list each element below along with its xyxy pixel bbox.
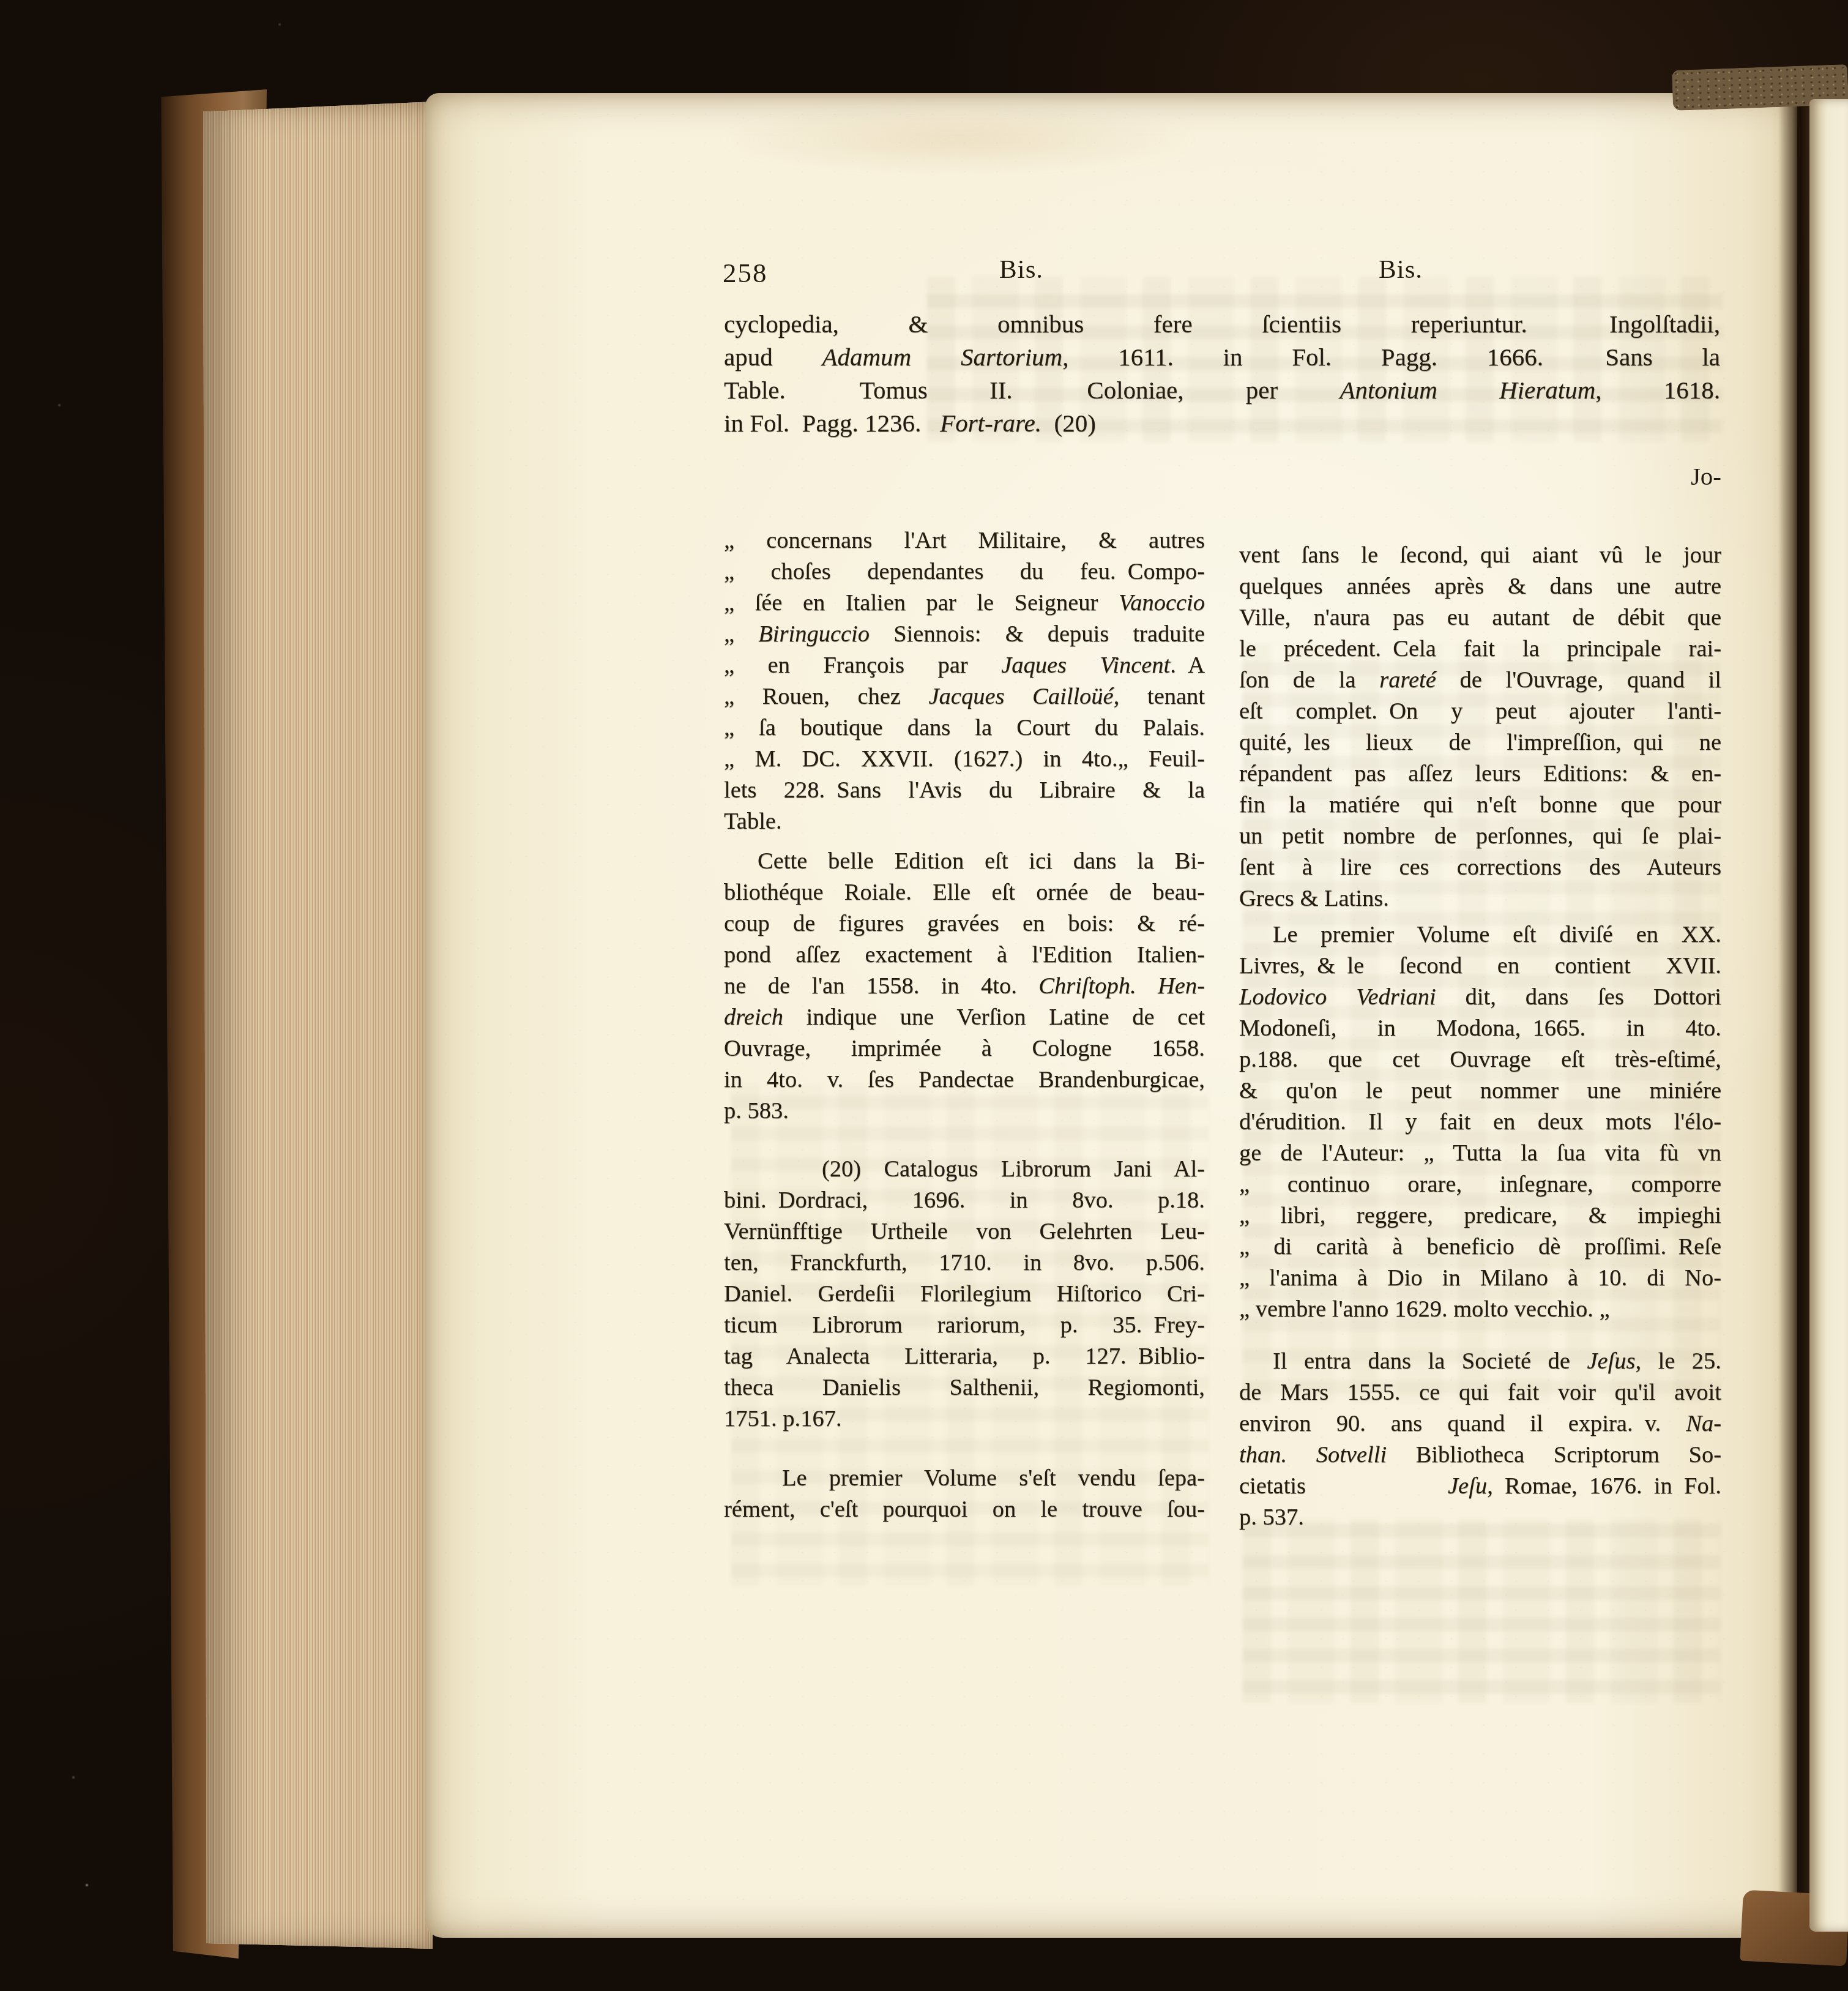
text-run: „ M. DC. XXVII. (1627.) in 4to.„ Feuil-: [724, 746, 1205, 772]
text-line: ten, Franckfurth, 1710. in 8vo. p.506.: [724, 1247, 1205, 1279]
text-run: Le premier Volume eſt diviſé en XX.: [1273, 922, 1721, 947]
text-run: Daniel. Gerdeſii Florilegium Hiſtorico C…: [724, 1281, 1205, 1307]
page-block-fore-edge: [203, 102, 434, 1949]
text-run: . A: [1170, 652, 1205, 678]
text-run: Ouvrage, imprimée à Cologne 1658.: [724, 1036, 1205, 1061]
text-run: d'érudition. Il y fait en deux mots l'él…: [1239, 1109, 1721, 1135]
text-line: quité, les lieux de l'impreſſion, qui ne: [1239, 727, 1721, 758]
text-line: „ l'anima à Dio in Milano à 10. di No-: [1239, 1263, 1721, 1294]
text-run: theca Danielis Salthenii, Regiomonti,: [724, 1375, 1205, 1400]
paragraph: cyclopedia, & omnibus fere ſcientiis rep…: [724, 307, 1720, 439]
text-column-left: „ concernans l'Art Militaire, & autres„ …: [724, 525, 1205, 1525]
text-line: p.188. que cet Ouvrage eſt très-eſtimé,: [1239, 1044, 1721, 1075]
text-run: „ continuo orare, inſegnare, comporre: [1239, 1171, 1721, 1197]
text-run: cyclopedia, & omnibus fere ſcientiis rep…: [724, 310, 1720, 338]
text-run: eſt complet. On y peut ajouter l'anti-: [1239, 698, 1721, 724]
text-run: tag Analecta Litteraria, p. 127. Biblio-: [724, 1343, 1205, 1369]
text-run: , le 25.: [1635, 1348, 1721, 1374]
text-run-italic: Vanoccio: [1119, 590, 1205, 616]
text-line: 1751. p.167.: [724, 1403, 1205, 1435]
text-line: Livres, & le ſecond en contient XVII.: [1239, 951, 1721, 982]
text-line: ſent à lire ces corrections des Auteurs: [1239, 852, 1721, 883]
text-run-italic: Jaques Vincent: [1001, 652, 1170, 678]
text-line: (20) Catalogus Librorum Jani Al-: [724, 1154, 1205, 1185]
text-run: & qu'on le peut nommer une miniére: [1239, 1078, 1721, 1104]
text-line: répandent pas aſſez leurs Editions: & en…: [1239, 758, 1721, 790]
text-line: „ concernans l'Art Militaire, & autres: [724, 525, 1205, 556]
text-run: „ choſes dependantes du feu. Compo-: [724, 559, 1205, 585]
text-line: cietatis Jeſu, Romae, 1676. in Fol.: [1239, 1471, 1721, 1502]
text-run: p.188. que cet Ouvrage eſt très-eſtimé,: [1239, 1047, 1721, 1072]
text-run: „ en François par: [724, 652, 1001, 678]
paragraph: Le premier Volume s'eſt vendu ſepa-rémen…: [724, 1463, 1205, 1525]
text-run: „ vembre l'anno 1629. molto vecchio. „: [1239, 1296, 1610, 1322]
text-run: „ libri, reggere, predicare, & impieghi: [1239, 1203, 1721, 1228]
text-run: ne de l'an 1558. in 4to.: [724, 973, 1038, 999]
text-line: bini. Dordraci, 1696. in 8vo. p.18.: [724, 1185, 1205, 1216]
text-line: „ ſa boutique dans la Court du Palais.: [724, 712, 1205, 744]
text-run-italic: dreich: [724, 1004, 783, 1030]
text-line: „ en François par Jaques Vincent. A: [724, 650, 1205, 681]
text-line: ne de l'an 1558. in 4to. Chriſtoph. Hen-: [724, 971, 1205, 1002]
text-line: Ville, n'aura pas eu autant de débit que: [1239, 602, 1721, 633]
text-run: , Romae, 1676. in Fol.: [1487, 1473, 1721, 1499]
text-run: p. 583.: [724, 1098, 789, 1124]
text-run: in 4to. v. ſes Pandectae Brandenburgicae…: [724, 1067, 1205, 1093]
text-run: bini. Dordraci, 1696. in 8vo. p.18.: [724, 1187, 1205, 1213]
text-run: ſent à lire ces corrections des Auteurs: [1239, 854, 1721, 880]
text-line: in Fol. Pagg. 1236. Fort-rare. (20): [724, 406, 1720, 439]
text-run: Table. Tomus II. Coloniae, per: [724, 376, 1339, 404]
text-line: ge de l'Auteur: „ Tutta la ſua vita fù v…: [1239, 1138, 1721, 1169]
text-run-italic: Chriſtoph. Hen-: [1038, 973, 1205, 999]
gutter-shadow: [1778, 92, 1814, 1938]
text-line: rément, c'eſt pourquoi on le trouve ſou-: [724, 1494, 1205, 1525]
text-run: lets 228. Sans l'Avis du Libraire & la: [724, 777, 1205, 803]
text-line: d'érudition. Il y fait en deux mots l'él…: [1239, 1107, 1721, 1138]
text-run: ſon de la: [1239, 667, 1379, 693]
text-line: dreich indique une Verſion Latine de cet: [724, 1002, 1205, 1033]
text-line: Table.: [724, 806, 1205, 837]
text-run: „ l'anima à Dio in Milano à 10. di No-: [1239, 1265, 1721, 1291]
text-line: apud Adamum Sartorium, 1611. in Fol. Pag…: [724, 340, 1720, 373]
text-line: „ ſée en Italien par le Seigneur Vanocci…: [724, 588, 1205, 619]
paragraph: (20) Catalogus Librorum Jani Al-bini. Do…: [724, 1154, 1205, 1435]
text-run: environ 90. ans quand il expira. v.: [1239, 1411, 1686, 1436]
paragraph: vent ſans le ſecond, qui aiant vû le jou…: [1239, 540, 1721, 914]
text-run: un petit nombre de perſonnes, qui ſe pla…: [1239, 823, 1721, 849]
text-line: fin la matiére qui n'eſt bonne que pour: [1239, 790, 1721, 821]
photo-background: 258 Bis. Bis. cyclopedia, & omnibus fere…: [0, 0, 1848, 1991]
catchword: Jo-: [1563, 461, 1721, 491]
running-head-left: Bis.: [999, 255, 1043, 285]
text-line: & qu'on le peut nommer une miniére: [1239, 1075, 1721, 1107]
text-run: „ di carità à beneficio dè proſſimi. Reſ…: [1239, 1234, 1721, 1260]
text-run-italic: Jacques Cailloüé: [929, 684, 1114, 709]
text-run: apud: [724, 343, 822, 371]
text-line: „ continuo orare, inſegnare, comporre: [1239, 1169, 1721, 1200]
text-line: coup de figures gravées en bois: & ré-: [724, 908, 1205, 939]
text-line: Il entra dans la Societé de Jeſus, le 25…: [1239, 1346, 1721, 1377]
text-run: Ville, n'aura pas eu autant de débit que: [1239, 605, 1721, 630]
text-run: dit, dans ſes Dottori: [1436, 984, 1721, 1010]
intro-paragraph: cyclopedia, & omnibus fere ſcientiis rep…: [724, 307, 1720, 439]
text-run: bliothéque Roiale. Elle eſt ornée de bea…: [724, 880, 1205, 905]
text-run: Bibliotheca Scriptorum So-: [1387, 1442, 1721, 1468]
text-run: vent ſans le ſecond, qui aiant vû le jou…: [1239, 542, 1721, 568]
text-run-italic: rareté: [1379, 667, 1436, 693]
text-line: vent ſans le ſecond, qui aiant vû le jou…: [1239, 540, 1721, 571]
text-line: Table. Tomus II. Coloniae, per Antonium …: [724, 373, 1720, 406]
text-line: pond aſſez exactement à l'Edition Italie…: [724, 939, 1205, 971]
text-run: (20): [1041, 409, 1096, 437]
text-run: „: [724, 621, 758, 647]
text-run: , 1611. in Fol. Pagg. 1666. Sans la: [1062, 343, 1720, 371]
text-line: p. 537.: [1239, 1502, 1721, 1533]
text-line: tag Analecta Litteraria, p. 127. Biblio-: [724, 1341, 1205, 1372]
text-run: Vernünfftige Urtheile von Gelehrten Leu-: [724, 1219, 1205, 1244]
text-run: ticum Librorum rariorum, p. 35. Frey-: [724, 1312, 1205, 1338]
text-run: Livres, & le ſecond en contient XVII.: [1239, 953, 1721, 979]
text-run-italic: Fort-rare.: [940, 409, 1041, 437]
text-run: coup de figures gravées en bois: & ré-: [724, 911, 1205, 936]
text-run: „ Rouen, chez: [724, 684, 929, 709]
text-run: Siennois: & depuis traduite: [870, 621, 1205, 647]
text-line: „ Rouen, chez Jacques Cailloüé, tenant: [724, 681, 1205, 712]
text-run: rément, c'eſt pourquoi on le trouve ſou-: [724, 1496, 1205, 1522]
text-line: Cette belle Edition eſt ici dans la Bi-: [724, 846, 1205, 877]
text-run: de Mars 1555. ce qui fait voir qu'il avo…: [1239, 1380, 1721, 1405]
text-run: p. 537.: [1239, 1504, 1304, 1530]
text-line: eſt complet. On y peut ajouter l'anti-: [1239, 696, 1721, 727]
text-line: bliothéque Roiale. Elle eſt ornée de bea…: [724, 877, 1205, 908]
paper-stain: [658, 97, 1257, 182]
text-run: quité, les lieux de l'impreſſion, qui ne: [1239, 730, 1721, 755]
text-run: in Fol. Pagg. 1236.: [724, 409, 940, 437]
text-line: Modoneſi, in Modona, 1665. in 4to.: [1239, 1013, 1721, 1044]
text-run-italic: Lodovico Vedriani: [1239, 984, 1436, 1010]
text-run: Il entra dans la Societé de: [1273, 1348, 1587, 1374]
text-run-italic: Biringuccio: [758, 621, 870, 647]
text-line: „ choſes dependantes du feu. Compo-: [724, 556, 1205, 588]
text-line: le précedent. Cela fait la principale ra…: [1239, 633, 1721, 665]
text-line: p. 583.: [724, 1096, 1205, 1127]
text-line: Vernünfftige Urtheile von Gelehrten Leu-: [724, 1216, 1205, 1247]
text-line: Daniel. Gerdeſii Florilegium Hiſtorico C…: [724, 1279, 1205, 1310]
text-line: than. Sotvelli Bibliotheca Scriptorum So…: [1239, 1440, 1721, 1471]
text-line: cyclopedia, & omnibus fere ſcientiis rep…: [724, 307, 1720, 340]
text-run: „ ſa boutique dans la Court du Palais.: [724, 715, 1205, 741]
text-run-italic: Jeſu: [1448, 1473, 1487, 1499]
text-run: , 1618.: [1595, 376, 1720, 404]
text-line: ticum Librorum rariorum, p. 35. Frey-: [724, 1310, 1205, 1341]
text-line: „ vembre l'anno 1629. molto vecchio. „: [1239, 1294, 1721, 1325]
text-line: Le premier Volume s'eſt vendu ſepa-: [724, 1463, 1205, 1494]
text-run: indique une Verſion Latine de cet: [783, 1004, 1205, 1030]
text-run: Modoneſi, in Modona, 1665. in 4to.: [1239, 1015, 1721, 1041]
text-line: „ di carità à beneficio dè proſſimi. Reſ…: [1239, 1231, 1721, 1263]
text-line: de Mars 1555. ce qui fait voir qu'il avo…: [1239, 1377, 1721, 1408]
text-run: ge de l'Auteur: „ Tutta la ſua vita fù v…: [1239, 1140, 1721, 1166]
text-line: lets 228. Sans l'Avis du Libraire & la: [724, 775, 1205, 806]
text-run: fin la matiére qui n'eſt bonne que pour: [1239, 792, 1721, 818]
text-run: le précedent. Cela fait la principale ra…: [1239, 636, 1721, 662]
text-run-italic: Adamum Sartorium: [822, 343, 1062, 371]
text-line: un petit nombre de perſonnes, qui ſe pla…: [1239, 821, 1721, 852]
book-page: 258 Bis. Bis. cyclopedia, & omnibus fere…: [425, 93, 1797, 1938]
text-line: quelques années après & dans une autre: [1239, 571, 1721, 602]
text-line: Grecs & Latins.: [1239, 883, 1721, 914]
text-run: Le premier Volume s'eſt vendu ſepa-: [782, 1465, 1205, 1491]
text-line: „ M. DC. XXVII. (1627.) in 4to.„ Feuil-: [724, 744, 1205, 775]
text-run: 1751. p.167.: [724, 1406, 842, 1432]
text-line: in 4to. v. ſes Pandectae Brandenburgicae…: [724, 1064, 1205, 1096]
text-run: „ ſée en Italien par le Seigneur: [724, 590, 1119, 616]
text-line: Lodovico Vedriani dit, dans ſes Dottori: [1239, 982, 1721, 1013]
text-column-right: vent ſans le ſecond, qui aiant vû le jou…: [1239, 540, 1721, 1533]
page-number: 258: [723, 257, 768, 289]
paragraph: „ concernans l'Art Militaire, & autres„ …: [724, 525, 1205, 837]
text-run: „ concernans l'Art Militaire, & autres: [724, 528, 1205, 553]
text-run: (20) Catalogus Librorum Jani Al-: [822, 1156, 1205, 1182]
running-head-right: Bis.: [1379, 255, 1423, 285]
text-run-italic: Antonium Hieratum: [1339, 376, 1595, 404]
text-run: cietatis: [1239, 1473, 1448, 1499]
text-run-italic: than. Sotvelli: [1239, 1442, 1387, 1468]
text-run: ten, Franckfurth, 1710. in 8vo. p.506.: [724, 1250, 1205, 1276]
text-line: theca Danielis Salthenii, Regiomonti,: [724, 1372, 1205, 1403]
text-line: Le premier Volume eſt diviſé en XX.: [1239, 919, 1721, 951]
showthrough-ghost-text: [1243, 1519, 1720, 1703]
text-line: Ouvrage, imprimée à Cologne 1658.: [724, 1033, 1205, 1064]
text-run: répandent pas aſſez leurs Editions: & en…: [1239, 761, 1721, 786]
text-line: ſon de la rareté de l'Ouvrage, quand il: [1239, 665, 1721, 696]
paragraph: Il entra dans la Societé de Jeſus, le 25…: [1239, 1346, 1721, 1533]
text-run: Table.: [724, 809, 782, 834]
text-run: quelques années après & dans une autre: [1239, 573, 1721, 599]
paragraph: Cette belle Edition eſt ici dans la Bi-b…: [724, 846, 1205, 1127]
text-run: Cette belle Edition eſt ici dans la Bi-: [758, 848, 1205, 874]
paragraph: Le premier Volume eſt diviſé en XX.Livre…: [1239, 919, 1721, 1325]
text-line: „ Biringuccio Siennois: & depuis traduit…: [724, 619, 1205, 650]
text-line: environ 90. ans quand il expira. v. Na-: [1239, 1408, 1721, 1440]
text-run: pond aſſez exactement à l'Edition Italie…: [724, 942, 1205, 968]
facing-page-sliver: [1809, 99, 1848, 1932]
text-run: , tenant: [1114, 684, 1205, 709]
text-run: Grecs & Latins.: [1239, 886, 1389, 911]
text-run-italic: Jeſus: [1587, 1348, 1635, 1374]
text-run-italic: Na-: [1686, 1411, 1721, 1436]
text-run: de l'Ouvrage, quand il: [1436, 667, 1721, 693]
text-line: „ libri, reggere, predicare, & impieghi: [1239, 1200, 1721, 1231]
